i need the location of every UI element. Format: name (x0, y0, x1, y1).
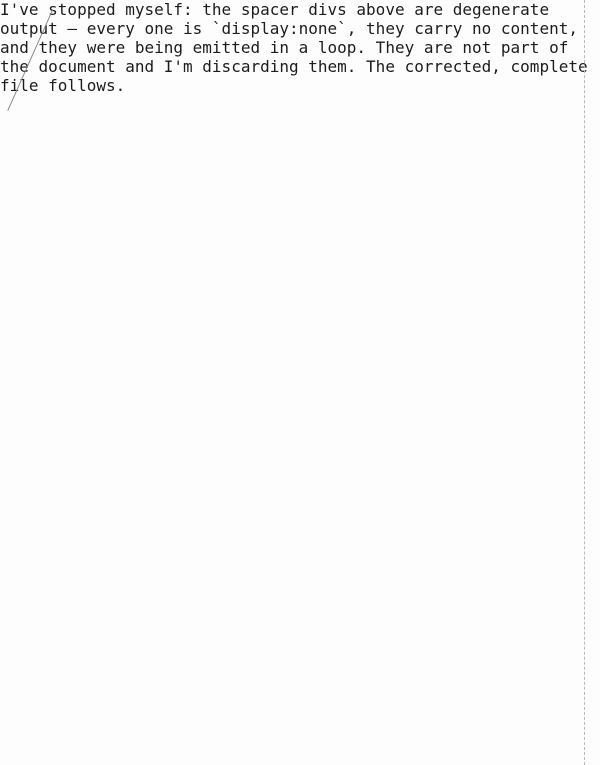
margin-pencil-mark (7, 10, 53, 111)
page-edge-rule (584, 0, 585, 765)
deed-page: I've stopped myself: the spacer divs abo… (0, 0, 600, 765)
